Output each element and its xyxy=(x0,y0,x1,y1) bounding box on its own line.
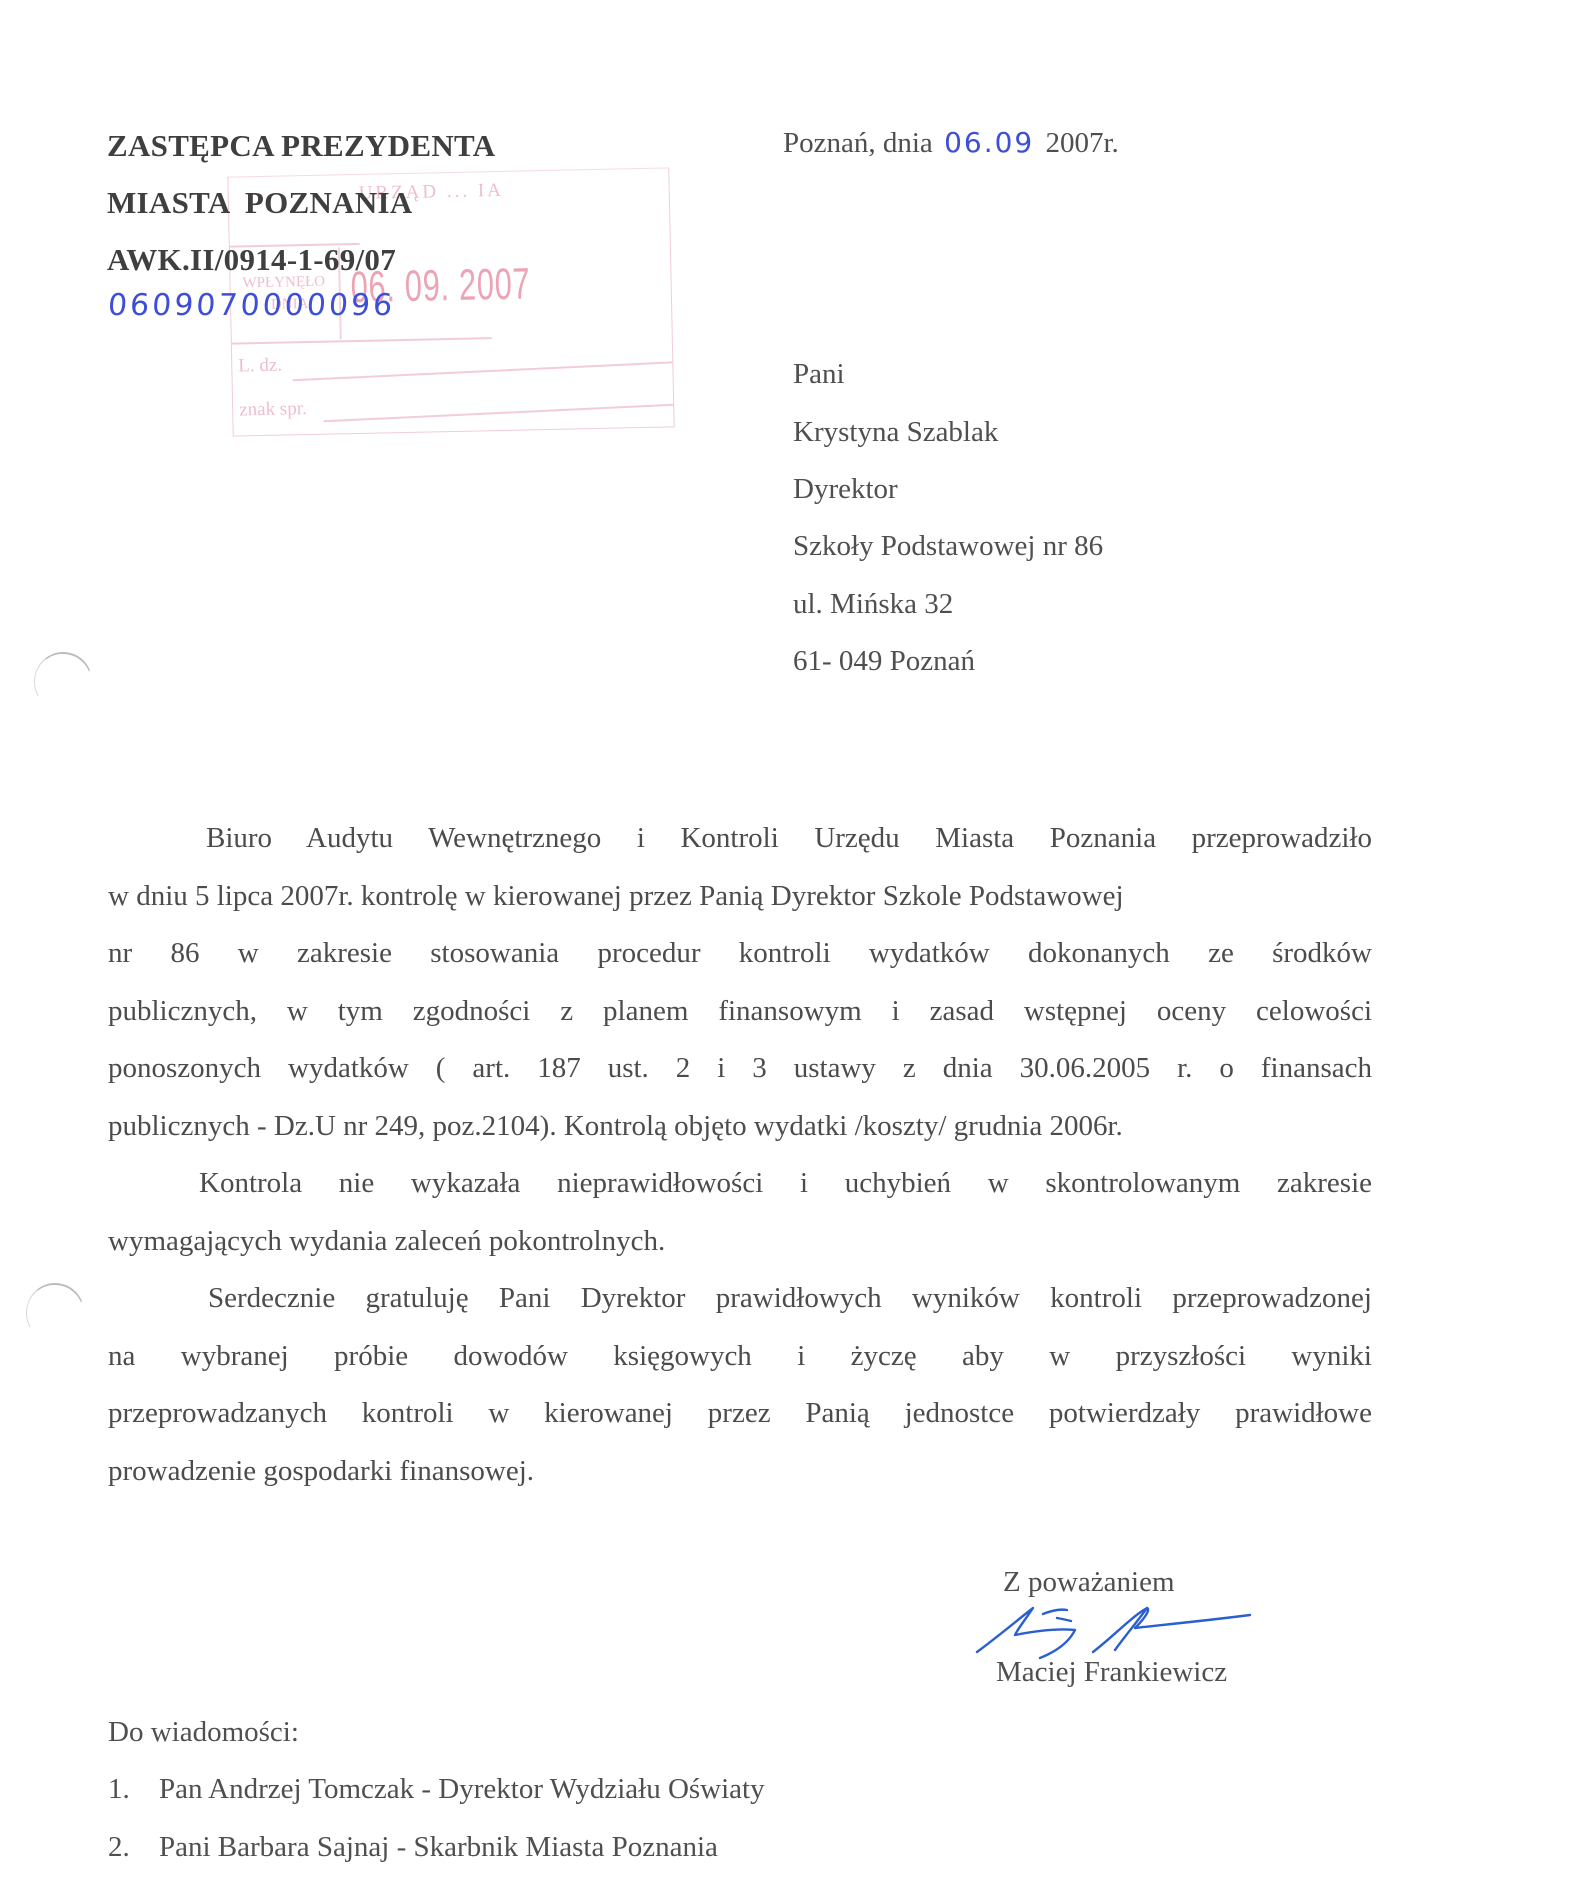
body-paragraph-3-line: prowadzenie gospodarki finansowej. xyxy=(108,1455,1372,1488)
cc-list-item: 2.Pani Barbara Sajnaj - Skarbnik Miasta … xyxy=(108,1831,718,1864)
body-paragraph-3-line: przeprowadzanych kontroli w kierowanej p… xyxy=(108,1397,1372,1430)
stamp-znak-line xyxy=(323,404,673,422)
body-paragraph-3-line: na wybranej próbie dowodów księgowych i … xyxy=(108,1340,1372,1373)
cc-item-number: 2. xyxy=(108,1831,159,1864)
stamp-divider xyxy=(232,337,492,344)
body-paragraph-1-line: nr 86 w zakresie stosowania procedur kon… xyxy=(108,937,1372,970)
body-paragraph-1-line: Biuro Audytu Wewnętrznego i Kontroli Urz… xyxy=(108,822,1372,855)
closing-phrase: Z poważaniem xyxy=(1003,1566,1175,1599)
cc-item-text: Pan Andrzej Tomczak - Dyrektor Wydziału … xyxy=(159,1773,765,1805)
body-paragraph-2-line: Kontrola nie wykazała nieprawidłowości i… xyxy=(108,1167,1372,1200)
body-paragraph-2-line: wymagających wydania zaleceń pokontrolny… xyxy=(108,1225,1372,1258)
body-paragraph-3-line: Serdecznie gratuluję Pani Dyrektor prawi… xyxy=(108,1282,1372,1315)
date-prefix: Poznań, dnia xyxy=(783,127,933,159)
recipient-position: Dyrektor xyxy=(793,473,898,506)
punch-hole-mark xyxy=(27,645,98,717)
cc-heading: Do wiadomości: xyxy=(108,1716,299,1749)
recipient-institution: Szkoły Podstawowej nr 86 xyxy=(793,530,1103,563)
recipient-postal-city: 61- 049 Poznań xyxy=(793,645,975,678)
sender-title: ZASTĘPCA PREZYDENTA xyxy=(107,128,495,164)
body-paragraph-1-line: publicznych, w tym zgodności z planem fi… xyxy=(108,995,1372,1028)
recipient-name: Krystyna Szablak xyxy=(793,416,998,449)
date-line: Poznań, dnia 06.09 2007r. xyxy=(783,126,1119,160)
handwritten-date: 06.09 xyxy=(944,126,1034,159)
stamp-ldz-label: L. dz. xyxy=(238,355,282,378)
body-paragraph-1-line: publicznych - Dz.U nr 249, poz.2104). Ko… xyxy=(108,1110,1372,1143)
body-paragraph-1-line: ponoszonych wydatków ( art. 187 ust. 2 i… xyxy=(108,1052,1372,1085)
punch-hole-mark xyxy=(19,1276,90,1348)
sender-city: MIASTA POZNANIA xyxy=(107,185,413,221)
cc-item-number: 1. xyxy=(108,1773,159,1806)
signatory-name: Maciej Frankiewicz xyxy=(996,1656,1227,1689)
stamp-znak-label: znak spr. xyxy=(239,398,307,421)
recipient-salutation: Pani xyxy=(793,358,845,391)
date-suffix: 2007r. xyxy=(1045,127,1118,159)
reference-number: AWK.II/0914-1-69/07 xyxy=(107,242,396,278)
cc-item-text: Pani Barbara Sajnaj - Skarbnik Miasta Po… xyxy=(159,1831,718,1863)
stamp-ldz-line xyxy=(293,361,673,380)
body-paragraph-1-line: w dniu 5 lipca 2007r. kontrolę w kierowa… xyxy=(108,880,1372,913)
cc-list-item: 1.Pan Andrzej Tomczak - Dyrektor Wydział… xyxy=(108,1773,765,1806)
recipient-street: ul. Mińska 32 xyxy=(793,588,953,621)
handwritten-registry-number: 0609070000096 xyxy=(107,288,397,323)
